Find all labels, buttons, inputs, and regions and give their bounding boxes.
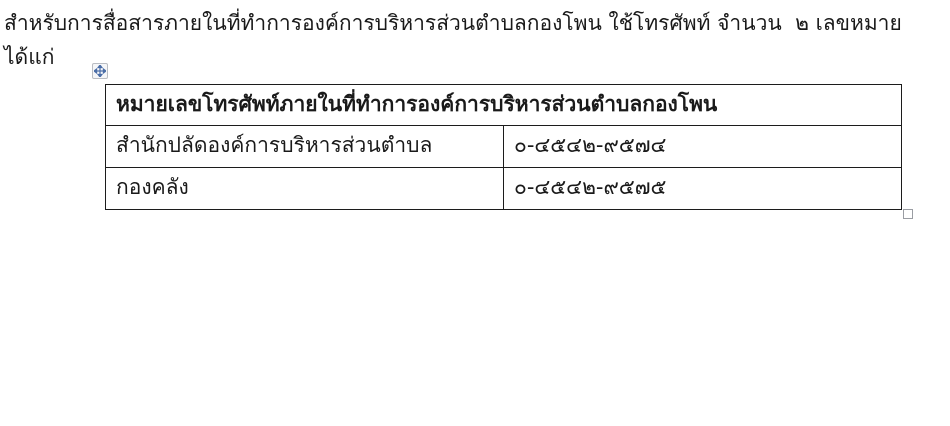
phone-cell[interactable]: ๐-๔๕๔๒-๙๕๗๕ — [504, 168, 902, 210]
move-icon — [94, 65, 106, 77]
department-cell[interactable]: กองคลัง — [106, 168, 504, 210]
table-resize-handle[interactable] — [903, 209, 913, 219]
phone-table: หมายเลขโทรศัพท์ภายในที่ทำการองค์การบริหา… — [105, 84, 902, 210]
table-move-handle[interactable] — [92, 63, 108, 79]
document-page: สำหรับการสื่อสารภายในที่ทำการองค์การบริห… — [0, 0, 950, 426]
table-row: กองคลัง ๐-๔๕๔๒-๙๕๗๕ — [106, 168, 902, 210]
department-cell[interactable]: สำนักปลัดองค์การบริหารส่วนตำบล — [106, 126, 504, 168]
table-header-row: หมายเลขโทรศัพท์ภายในที่ทำการองค์การบริหา… — [106, 85, 902, 126]
table-row: สำนักปลัดองค์การบริหารส่วนตำบล ๐-๔๕๔๒-๙๕… — [106, 126, 902, 168]
phone-cell[interactable]: ๐-๔๕๔๒-๙๕๗๔ — [504, 126, 902, 168]
table-header-cell[interactable]: หมายเลขโทรศัพท์ภายในที่ทำการองค์การบริหา… — [106, 85, 902, 126]
intro-paragraph[interactable]: สำหรับการสื่อสารภายในที่ทำการองค์การบริห… — [4, 6, 948, 74]
